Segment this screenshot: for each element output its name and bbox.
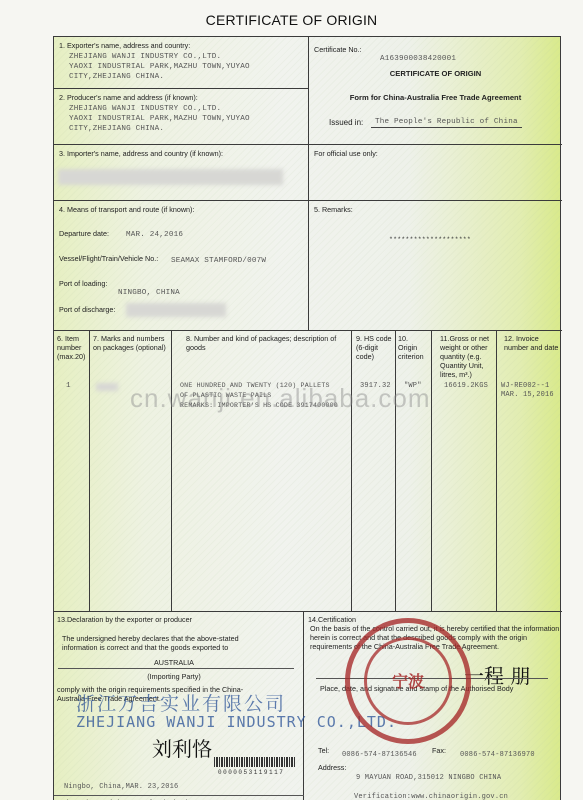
producer-line: ZHEJIANG WANJI INDUSTRY CO.,LTD.	[69, 104, 308, 114]
item-number: 1	[66, 381, 71, 391]
address-value: 9 MAYUAN ROAD,315012 NINGBO CHINA	[356, 773, 501, 783]
producer-line: YAOXI INDUSTRIAL PARK,MAZHU TOWN,YUYAO	[69, 114, 308, 124]
producer-box: 2. Producer's name and address (if known…	[54, 89, 309, 145]
redacted-marks	[96, 383, 118, 391]
issued-in-value: The People's Republic of China	[371, 117, 522, 128]
fax-value: 0086-574-87136970	[460, 750, 535, 760]
departure-value: MAR. 24,2016	[126, 230, 183, 240]
address-label: Address:	[318, 763, 346, 772]
destination-country: AUSTRALIA	[54, 658, 294, 667]
tel-label: Tel:	[318, 746, 329, 755]
remarks-value: ********************	[389, 235, 471, 245]
importer-box: 3. Importer's name, address and country …	[54, 145, 309, 201]
departure-label: Departure date:	[59, 229, 109, 238]
col-description: 8. Number and kind of packages; descript…	[172, 331, 352, 611]
official-use-label: For official use only:	[314, 149, 562, 158]
company-chop-cn: 浙江万吉实业有限公司	[76, 689, 286, 716]
discharge-label: Port of discharge:	[59, 305, 115, 314]
fax-label: Fax:	[432, 746, 446, 755]
redacted-discharge	[126, 303, 226, 317]
exporter-box: 1. Exporter's name, address and country:…	[54, 37, 309, 89]
col-marks: 7. Marks and numbers on packages (option…	[90, 331, 172, 611]
loading-label: Port of loading:	[59, 279, 107, 288]
tel-value: 0086-574-87136546	[342, 750, 417, 760]
official-stamp: 宁波	[345, 618, 471, 744]
importing-party-label: (Importing Party)	[54, 672, 294, 681]
weight-value: 16619.2KGS	[444, 381, 488, 391]
invoice-date: MAR. 15,2016	[501, 390, 554, 400]
verification-value: Verification:www.chinaorigin.gov.cn	[354, 792, 508, 800]
producer-label: 2. Producer's name and address (if known…	[59, 93, 308, 102]
document-title: CERTIFICATE OF ORIGIN	[0, 12, 583, 28]
remarks-box: 5. Remarks: ********************	[309, 201, 562, 331]
declaration-label: 13.Declaration by the exporter or produc…	[57, 615, 192, 624]
exporter-line: CITY,ZHEJIANG CHINA.	[69, 72, 308, 82]
origin-header: 10. Origin criterion	[396, 331, 431, 361]
exporter-line: ZHEJIANG WANJI INDUSTRY CO.,LTD.	[69, 52, 308, 62]
official-use-box: For official use only:	[309, 145, 562, 201]
importer-label: 3. Importer's name, address and country …	[59, 149, 308, 158]
vessel-value: SEAMAX STAMFORD/007W	[171, 256, 266, 266]
item-header: 6. Item number (max.20)	[54, 331, 89, 361]
declaration-text: The undersigned hereby declares that the…	[62, 634, 262, 652]
col-origin: 10. Origin criterion "WP"	[396, 331, 432, 611]
place-date: Ningbo, China,MAR. 23,2016	[64, 782, 178, 792]
description-header: 8. Number and kind of packages; descript…	[172, 331, 351, 352]
form-title: Form for China-Australia Free Trade Agre…	[309, 93, 562, 102]
marks-header: 7. Marks and numbers on packages (option…	[90, 331, 171, 352]
header-title: CERTIFICATE OF ORIGIN	[309, 69, 562, 78]
transport-label: 4. Means of transport and route (if know…	[59, 205, 194, 214]
loading-value: NINGBO, CHINA	[118, 288, 180, 298]
exporter-signature: 刘利恪	[152, 733, 212, 762]
remarks-label: 5. Remarks:	[314, 205, 353, 214]
issued-in-label: Issued in:	[329, 118, 363, 127]
barcode-digits: 0000053119117	[218, 768, 284, 778]
invoice-header: 12. Invoice number and date	[497, 331, 562, 352]
vessel-label: Vessel/Flight/Train/Vehicle No.:	[59, 254, 158, 263]
certificate-form: 1. Exporter's name, address and country:…	[53, 36, 561, 800]
certificate-header: Certificate No.: A163900038420001 CERTIF…	[309, 37, 562, 145]
exporter-line: YAOXI INDUSTRIAL PARK,MAZHU TOWN,YUYAO	[69, 62, 308, 72]
certificate-number: A163900038420001	[380, 54, 456, 64]
stamp-text: 宁波	[350, 669, 466, 692]
hs-header: 9. HS code (6-digit code)	[352, 331, 395, 361]
col-invoice: 12. Invoice number and date WJ-RE002--1 …	[497, 331, 562, 611]
barcode	[214, 757, 296, 767]
col-weight: 11.Gross or net weight or other quantity…	[432, 331, 497, 611]
exporter-label: 1. Exporter's name, address and country:	[59, 41, 308, 50]
redacted-importer	[58, 169, 283, 185]
col-hs-code: 9. HS code (6-digit code) 3917.32	[352, 331, 396, 611]
certification-label: 14.Certification	[308, 615, 356, 624]
producer-line: CITY,ZHEJIANG CHINA.	[69, 124, 308, 134]
watermark: cn.wanji.en.alibaba.com	[130, 383, 431, 414]
transport-box: 4. Means of transport and route (if know…	[54, 201, 309, 331]
col-item: 6. Item number (max.20) 1	[54, 331, 90, 611]
certificate-number-label: Certificate No.:	[314, 45, 362, 54]
weight-header: 11.Gross or net weight or other quantity…	[432, 331, 496, 379]
